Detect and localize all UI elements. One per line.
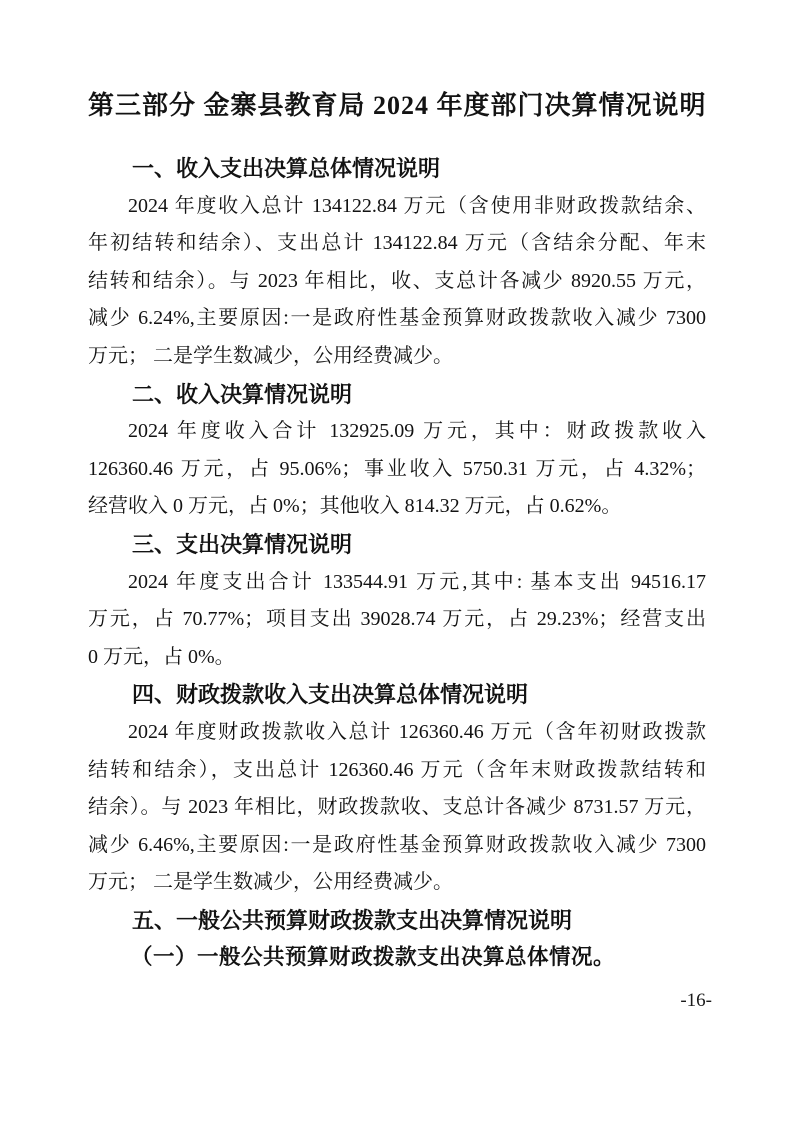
section-1-line-3: 结转和结余）。与 2023 年相比，收、支总计各减少 8920.55 万元， — [88, 263, 706, 301]
section-1-heading: 一、收入支出决算总体情况说明 — [88, 150, 706, 188]
page-number: -16- — [680, 988, 712, 1014]
section-2-line-3: 经营收入 0 万元，占 0%；其他收入 814.32 万元，占 0.62%。 — [88, 488, 706, 526]
section-2-heading: 二、收入决算情况说明 — [88, 376, 706, 414]
section-3-line-1: 2024 年度支出合计 133544.91 万元,其中: 基本支出 94516.… — [88, 564, 706, 602]
section-4-line-5: 万元； 二是学生数减少，公用经费减少。 — [88, 864, 706, 902]
document-body: 一、收入支出决算总体情况说明 2024 年度收入总计 134122.84 万元（… — [88, 150, 706, 977]
section-4-line-1: 2024 年度财政拨款收入总计 126360.46 万元（含年初财政拨款 — [88, 714, 706, 752]
section-4-line-2: 结转和结余），支出总计 126360.46 万元（含年末财政拨款结转和 — [88, 752, 706, 790]
section-4-heading: 四、财政拨款收入支出决算总体情况说明 — [88, 676, 706, 714]
section-2-line-2: 126360.46 万元，占 95.06%；事业收入 5750.31 万元，占 … — [88, 451, 706, 489]
section-5-subheading: （一）一般公共预算财政拨款支出决算总体情况。 — [88, 939, 706, 977]
section-1-line-2: 年初结转和结余）、支出总计 134122.84 万元（含结余分配、年末 — [88, 225, 706, 263]
section-1-line-4: 减少 6.24%,主要原因:一是政府性基金预算财政拨款收入减少 7300 — [88, 300, 706, 338]
section-5-heading: 五、一般公共预算财政拨款支出决算情况说明 — [88, 902, 706, 940]
section-3-line-2: 万元，占 70.77%；项目支出 39028.74 万元，占 29.23%；经营… — [88, 601, 706, 639]
section-4-line-4: 减少 6.46%,主要原因:一是政府性基金预算财政拨款收入减少 7300 — [88, 827, 706, 865]
section-1-line-5: 万元； 二是学生数减少，公用经费减少。 — [88, 338, 706, 376]
section-1-line-1: 2024 年度收入总计 134122.84 万元（含使用非财政拨款结余、 — [88, 188, 706, 226]
document-page: 第三部分 金寨县教育局 2024 年度部门决算情况说明 一、收入支出决算总体情况… — [0, 0, 793, 1122]
document-title: 第三部分 金寨县教育局 2024 年度部门决算情况说明 — [88, 86, 706, 126]
section-3-line-3: 0 万元，占 0%。 — [88, 639, 706, 677]
section-2-line-1: 2024 年度收入合计 132925.09 万元，其中：财政拨款收入 — [88, 413, 706, 451]
section-3-heading: 三、支出决算情况说明 — [88, 526, 706, 564]
section-4-line-3: 结余）。与 2023 年相比，财政拨款收、支总计各减少 8731.57 万元， — [88, 789, 706, 827]
